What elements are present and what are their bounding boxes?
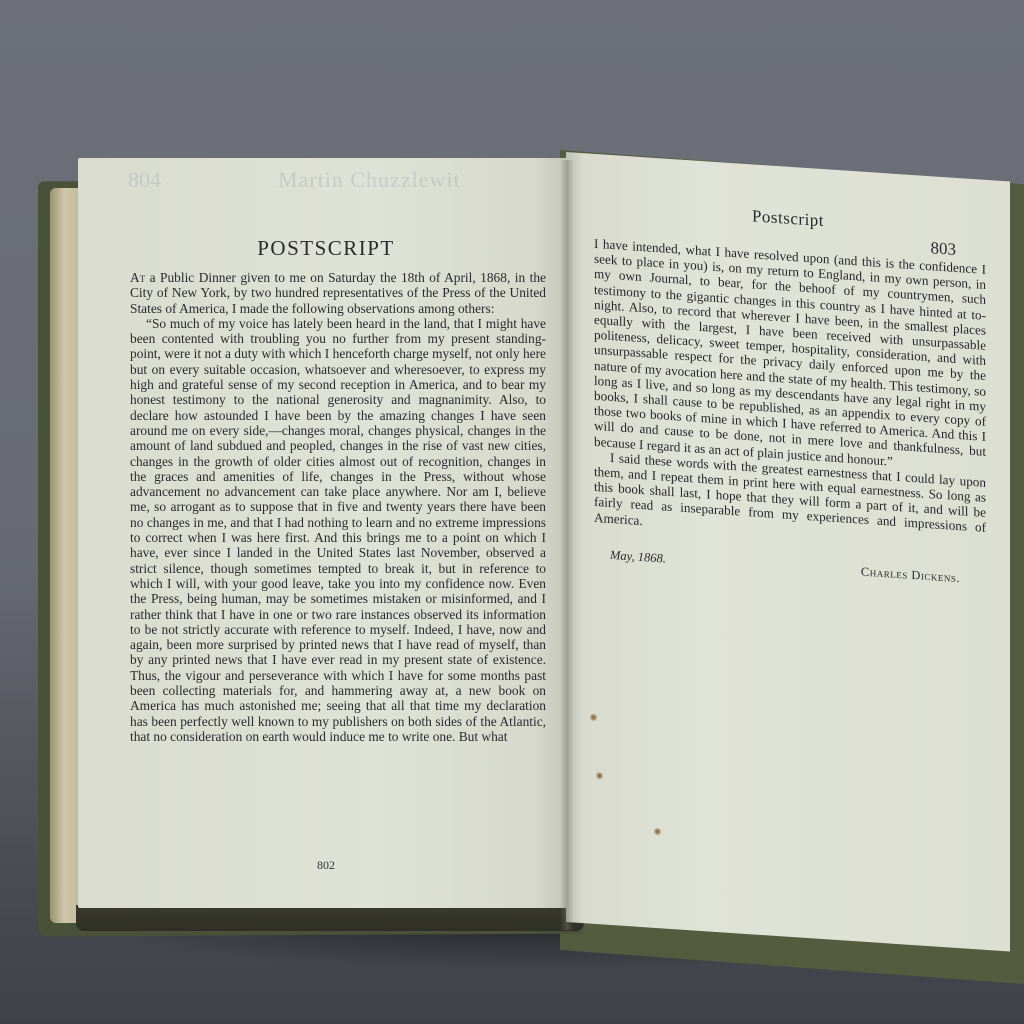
bleed-through-running-head: Martin Chuzzlewit	[278, 170, 461, 190]
left-page: 804 Martin Chuzzlewit POSTSCRIPT At a Pu…	[78, 158, 574, 908]
paragraph-speech-continued: I have intended, what I have resolved up…	[594, 236, 986, 475]
signature-name: Charles Dickens.	[861, 565, 960, 587]
signature-line: May, 1868. Charles Dickens.	[610, 548, 960, 586]
signature-date: May, 1868.	[610, 548, 666, 567]
foxing-spot	[654, 828, 661, 835]
page-block-bottom	[76, 905, 584, 931]
foxing-spot	[590, 714, 597, 721]
opening-smallcaps: At	[130, 270, 145, 285]
right-page: Postscript 803 I have intended, what I h…	[566, 152, 1010, 951]
foxing-spot	[596, 772, 603, 779]
book-gutter	[560, 160, 574, 930]
left-page-body: At a Public Dinner given to me on Saturd…	[130, 270, 546, 744]
chapter-title: POSTSCRIPT	[78, 236, 574, 261]
paragraph-speech: “So much of my voice has lately been hea…	[130, 316, 546, 744]
right-page-body: I have intended, what I have resolved up…	[594, 236, 986, 551]
bleed-through-folio: 804	[128, 170, 161, 190]
page-number-right: 803	[931, 238, 957, 260]
running-head: Postscript	[566, 194, 1010, 243]
page-number-left: 802	[78, 858, 574, 873]
paragraph-intro: At a Public Dinner given to me on Saturd…	[130, 270, 546, 316]
